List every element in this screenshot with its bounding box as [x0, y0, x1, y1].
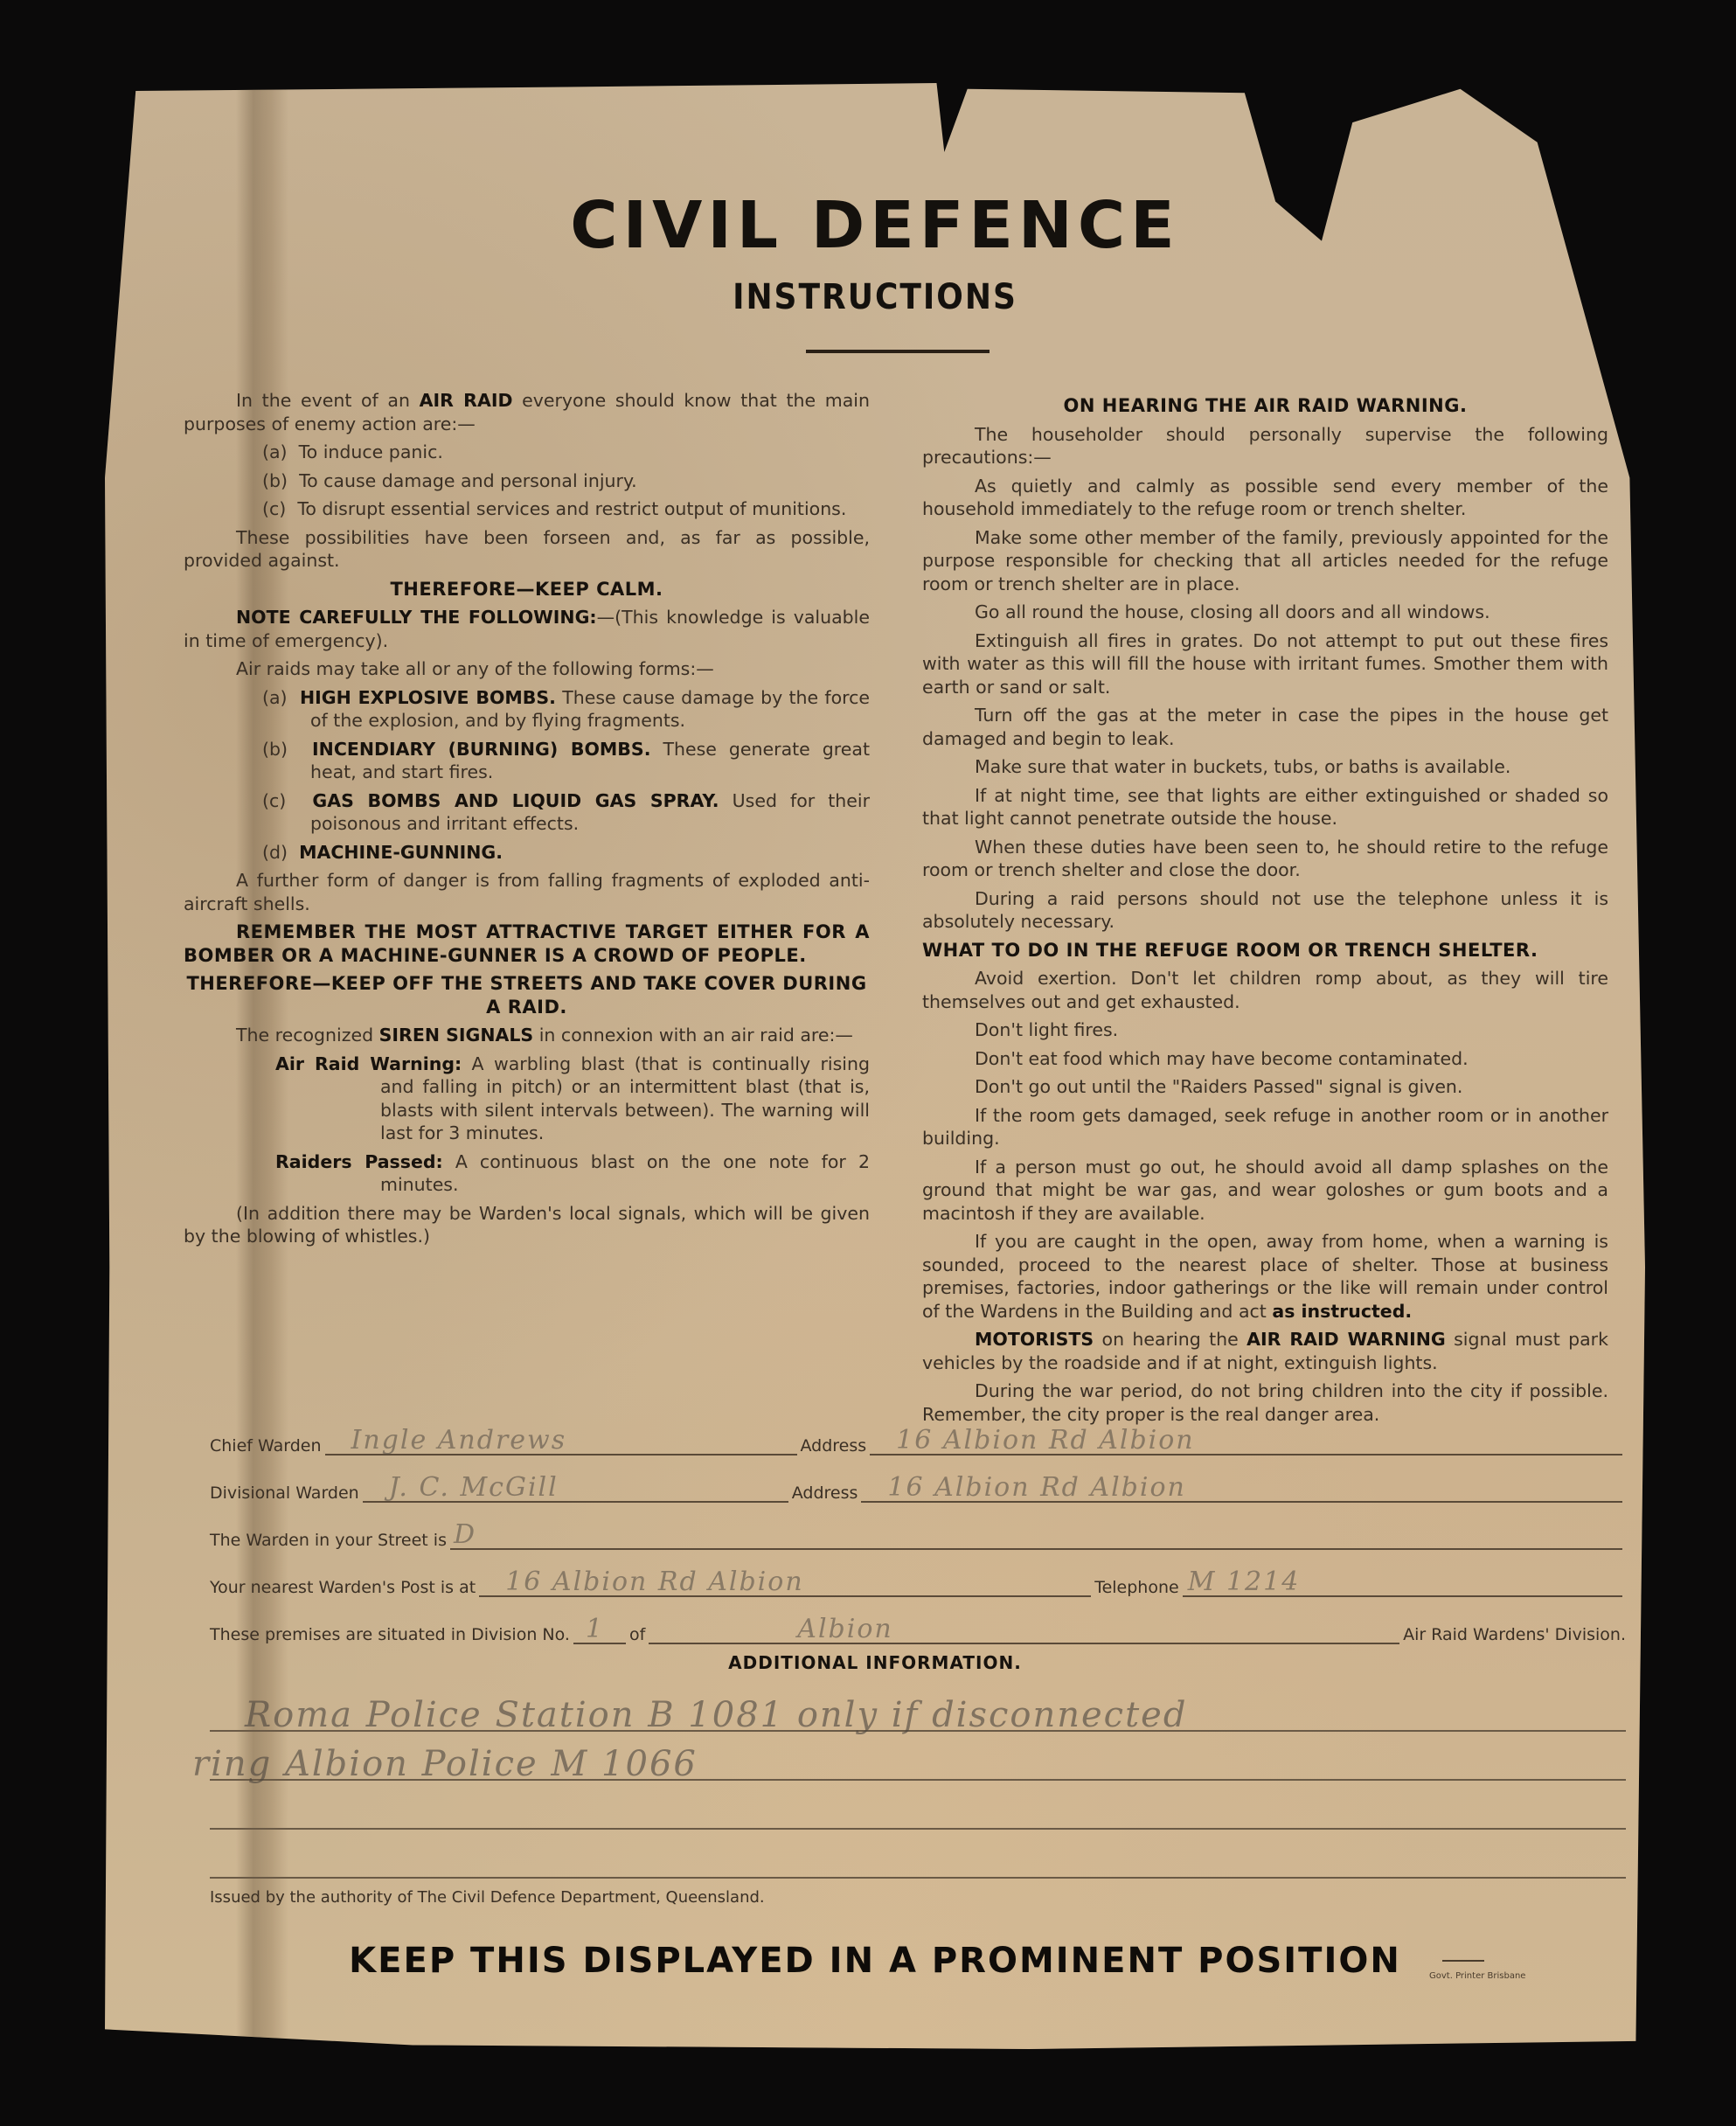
division-label: These premises are situated in Division …: [210, 1625, 570, 1648]
signal-item: Raiders Passed: A continuous blast on th…: [184, 1150, 870, 1197]
motorists-paragraph: MOTORISTS on hearing the AIR RAID WARNIN…: [922, 1328, 1608, 1374]
division-suffix: Air Raid Wardens' Division.: [1403, 1625, 1626, 1648]
division-name-field[interactable]: Albion: [649, 1618, 1399, 1644]
caught-paragraph: If you are caught in the open, away from…: [922, 1230, 1608, 1323]
division-number-field[interactable]: 1: [573, 1618, 626, 1644]
forms-intro: Air raids may take all or any of the fol…: [184, 657, 870, 681]
chief-warden-field[interactable]: Ingle Andrews: [325, 1429, 797, 1456]
shelter-paragraph: Don't go out until the "Raiders Passed" …: [922, 1075, 1608, 1099]
divisional-warden-row: Divisional Warden J. C. McGill Address 1…: [210, 1459, 1626, 1506]
additional-info-line[interactable]: Roma Police Station B 1081 only if disco…: [210, 1683, 1626, 1732]
purpose-item: (a) To induce panic.: [184, 441, 870, 464]
civil-defence-poster: CIVIL DEFENCE INSTRUCTIONS In the event …: [105, 83, 1645, 2057]
additional-info-lines: Roma Police Station B 1081 only if disco…: [210, 1683, 1626, 1879]
form-item: (a) HIGH EXPLOSIVE BOMBS. These cause da…: [184, 686, 870, 733]
remember-heading: REMEMBER THE MOST ATTRACTIVE TARGET EITH…: [184, 921, 870, 967]
of-label: of: [629, 1625, 645, 1648]
shelter-paragraph: Avoid exertion. Don't let children romp …: [922, 967, 1608, 1013]
additional-info-line[interactable]: [210, 1830, 1626, 1879]
title-divider: [806, 350, 990, 353]
divisional-warden-label: Divisional Warden: [210, 1483, 359, 1506]
purpose-item: (b) To cause damage and personal injury.: [184, 469, 870, 493]
telephone-label: Telephone: [1094, 1578, 1179, 1601]
warden-form: Chief Warden Ingle Andrews Address 16 Al…: [210, 1412, 1626, 1648]
fragments-paragraph: A further form of danger is from falling…: [184, 869, 870, 915]
street-warden-row: The Warden in your Street is D: [210, 1506, 1626, 1553]
poster-subtitle: INSTRUCTIONS: [105, 277, 1645, 317]
shelter-heading: WHAT TO DO IN THE REFUGE ROOM OR TRENCH …: [922, 939, 1608, 962]
intro-paragraph: In the event of an AIR RAID everyone sho…: [184, 389, 870, 435]
foreseen-paragraph: These possibilities have been forseen an…: [184, 526, 870, 573]
shelter-paragraph: If the room gets damaged, seek refuge in…: [922, 1104, 1608, 1150]
shelter-paragraph: If a person must go out, he should avoid…: [922, 1156, 1608, 1226]
divisional-warden-field[interactable]: J. C. McGill: [363, 1476, 788, 1503]
divisional-address-field[interactable]: 16 Albion Rd Albion: [861, 1476, 1622, 1503]
right-column: ON HEARING THE AIR RAID WARNING. The hou…: [922, 389, 1608, 1431]
division-row: These premises are situated in Division …: [210, 1601, 1626, 1648]
issued-by: Issued by the authority of The Civil Def…: [210, 1888, 765, 1907]
purpose-item: (c) To disrupt essential services and re…: [184, 497, 870, 521]
additional-info-line[interactable]: ring Albion Police M 1066: [210, 1732, 1626, 1781]
poster-title: CIVIL DEFENCE: [105, 188, 1645, 263]
form-item: (b) INCENDIARY (BURNING) BOMBS. These ge…: [184, 738, 870, 784]
warden-post-row: Your nearest Warden's Post is at 16 Albi…: [210, 1553, 1626, 1601]
divisional-address-label: Address: [792, 1483, 858, 1506]
chief-warden-row: Chief Warden Ingle Andrews Address 16 Al…: [210, 1412, 1626, 1459]
telephone-field[interactable]: M 1214: [1183, 1571, 1622, 1597]
form-item: (d) MACHINE-GUNNING.: [184, 841, 870, 865]
keep-calm-heading: THEREFORE—KEEP CALM.: [184, 578, 870, 601]
warning-paragraph: As quietly and calmly as possible send e…: [922, 475, 1608, 521]
printer-imprint: Govt. Printer Brisbane: [1429, 1971, 1525, 1981]
warning-paragraph: Extinguish all fires in grates. Do not a…: [922, 629, 1608, 699]
chief-warden-label: Chief Warden: [210, 1436, 322, 1459]
whistles-paragraph: (In addition there may be Warden's local…: [184, 1202, 870, 1248]
warden-post-field[interactable]: 16 Albion Rd Albion: [479, 1571, 1091, 1597]
warning-heading: ON HEARING THE AIR RAID WARNING.: [922, 394, 1608, 418]
warning-paragraph: If at night time, see that lights are ei…: [922, 784, 1608, 830]
warning-paragraph: During a raid persons should not use the…: [922, 887, 1608, 934]
left-column: In the event of an AIR RAID everyone sho…: [184, 389, 870, 1254]
siren-paragraph: The recognized SIREN SIGNALS in connexio…: [184, 1024, 870, 1047]
printer-rule: [1442, 1960, 1484, 1962]
additional-info-heading: ADDITIONAL INFORMATION.: [105, 1652, 1645, 1673]
warning-paragraph: Make sure that water in buckets, tubs, o…: [922, 755, 1608, 779]
warning-paragraph: Make some other member of the family, pr…: [922, 526, 1608, 596]
additional-info-line[interactable]: [210, 1781, 1626, 1830]
warden-post-label: Your nearest Warden's Post is at: [210, 1578, 476, 1601]
shelter-paragraph: Don't eat food which may have become con…: [922, 1047, 1608, 1071]
street-warden-label: The Warden in your Street is: [210, 1531, 447, 1553]
keep-displayed-banner: KEEP THIS DISPLAYED IN A PROMINENT POSIT…: [105, 1941, 1645, 1981]
warning-paragraph: The householder should personally superv…: [922, 423, 1608, 469]
signal-item: Air Raid Warning: A warbling blast (that…: [184, 1053, 870, 1145]
form-item: (c) GAS BOMBS AND LIQUID GAS SPRAY. Used…: [184, 789, 870, 836]
shelter-paragraph: Don't light fires.: [922, 1018, 1608, 1042]
chief-address-field[interactable]: 16 Albion Rd Albion: [870, 1429, 1622, 1456]
warning-paragraph: Turn off the gas at the meter in case th…: [922, 704, 1608, 750]
note-paragraph: NOTE CAREFULLY THE FOLLOWING:—(This know…: [184, 606, 870, 652]
warning-paragraph: When these duties have been seen to, he …: [922, 836, 1608, 882]
keep-off-heading: THEREFORE—KEEP OFF THE STREETS AND TAKE …: [184, 972, 870, 1018]
warning-paragraph: Go all round the house, closing all door…: [922, 601, 1608, 624]
street-warden-field[interactable]: D: [450, 1524, 1622, 1550]
chief-address-label: Address: [801, 1436, 867, 1459]
